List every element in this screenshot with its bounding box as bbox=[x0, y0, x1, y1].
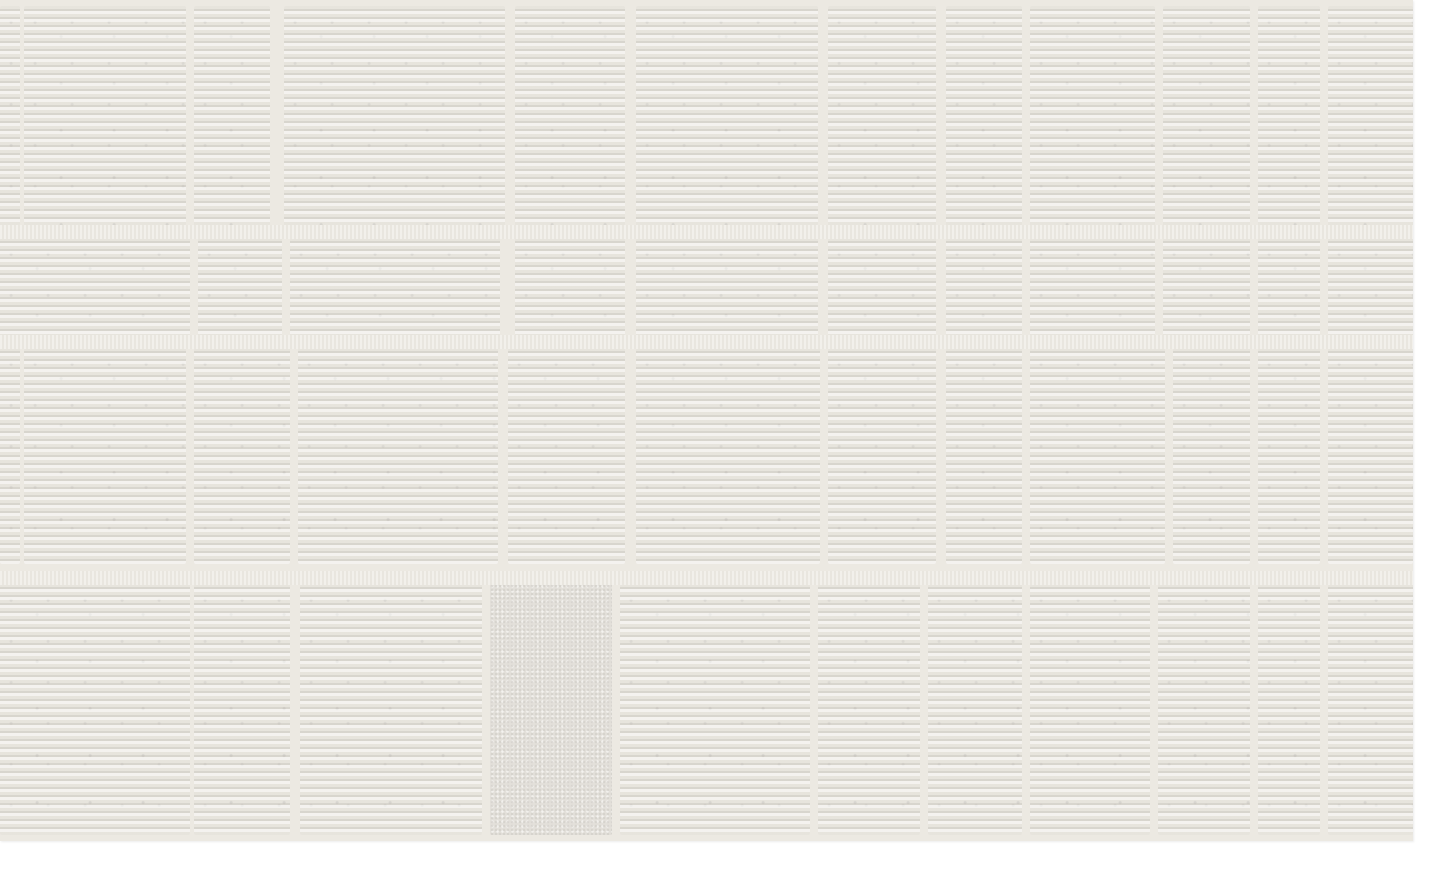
rug-pattern-block bbox=[828, 238, 936, 336]
rug-pattern-block bbox=[1258, 238, 1320, 336]
rug-pattern-block bbox=[298, 348, 498, 564]
rug-channel bbox=[0, 335, 1413, 349]
rug-pattern-block bbox=[0, 584, 190, 835]
rug-pattern-block bbox=[194, 6, 270, 226]
rug-pattern-block bbox=[1030, 6, 1155, 226]
rug-pattern-block bbox=[0, 6, 20, 226]
rug: Close-up of an ivory/cream hand-tufted r… bbox=[0, 0, 1413, 841]
rug-pattern-block bbox=[636, 348, 820, 564]
rug-pattern-block bbox=[24, 348, 186, 564]
rug-pattern-block bbox=[1163, 6, 1250, 226]
rug-pattern-block bbox=[928, 584, 1022, 835]
rug-block-row bbox=[0, 578, 1413, 841]
rug-pattern-block bbox=[946, 238, 1022, 336]
rug-pattern-block bbox=[1030, 348, 1165, 564]
rug-pattern-block bbox=[1030, 238, 1155, 336]
rug-pattern-block bbox=[515, 6, 625, 226]
rug-channel bbox=[0, 571, 1413, 585]
rug-block-row bbox=[0, 0, 1413, 232]
rug-pattern-block bbox=[490, 584, 612, 835]
rug-channel bbox=[0, 225, 1413, 239]
rug-pattern-block bbox=[828, 6, 936, 226]
rug-pattern-block bbox=[636, 238, 818, 336]
rug-pattern-block bbox=[0, 348, 20, 564]
rug-pattern-block bbox=[1328, 348, 1413, 564]
rug-pattern-block bbox=[24, 6, 186, 226]
rug-pattern-block bbox=[290, 238, 500, 336]
rug-pattern-block bbox=[1163, 238, 1250, 336]
rug-pattern-block bbox=[284, 6, 505, 226]
rug-block-row bbox=[0, 342, 1413, 570]
rug-pattern-block bbox=[946, 348, 1022, 564]
rug-block-row bbox=[0, 232, 1413, 342]
rug-pattern-block bbox=[1030, 584, 1150, 835]
rug-pattern-block bbox=[1258, 6, 1320, 226]
rug-pattern-block bbox=[194, 584, 290, 835]
rug-pattern-block bbox=[300, 584, 482, 835]
rug-pattern-block bbox=[620, 584, 810, 835]
rug-pattern-block bbox=[1328, 238, 1413, 336]
rug-pattern-block bbox=[1158, 584, 1250, 835]
rug-pattern-block bbox=[194, 348, 290, 564]
rug-pattern-block bbox=[818, 584, 920, 835]
rug-pattern-block bbox=[508, 348, 625, 564]
rug-pattern-block bbox=[828, 348, 936, 564]
rug-pattern-block bbox=[1328, 6, 1413, 226]
rug-pattern-block bbox=[946, 6, 1022, 226]
rug-pattern-block bbox=[636, 6, 818, 226]
rug-pattern-block bbox=[1258, 584, 1320, 835]
rug-pattern-block bbox=[198, 238, 282, 336]
rug-pattern-block bbox=[1328, 584, 1413, 835]
rug-pattern-block bbox=[0, 238, 190, 336]
rug-pattern-block bbox=[1258, 348, 1320, 564]
rug-pattern-block bbox=[1173, 348, 1250, 564]
rug-pattern-block bbox=[515, 238, 625, 336]
